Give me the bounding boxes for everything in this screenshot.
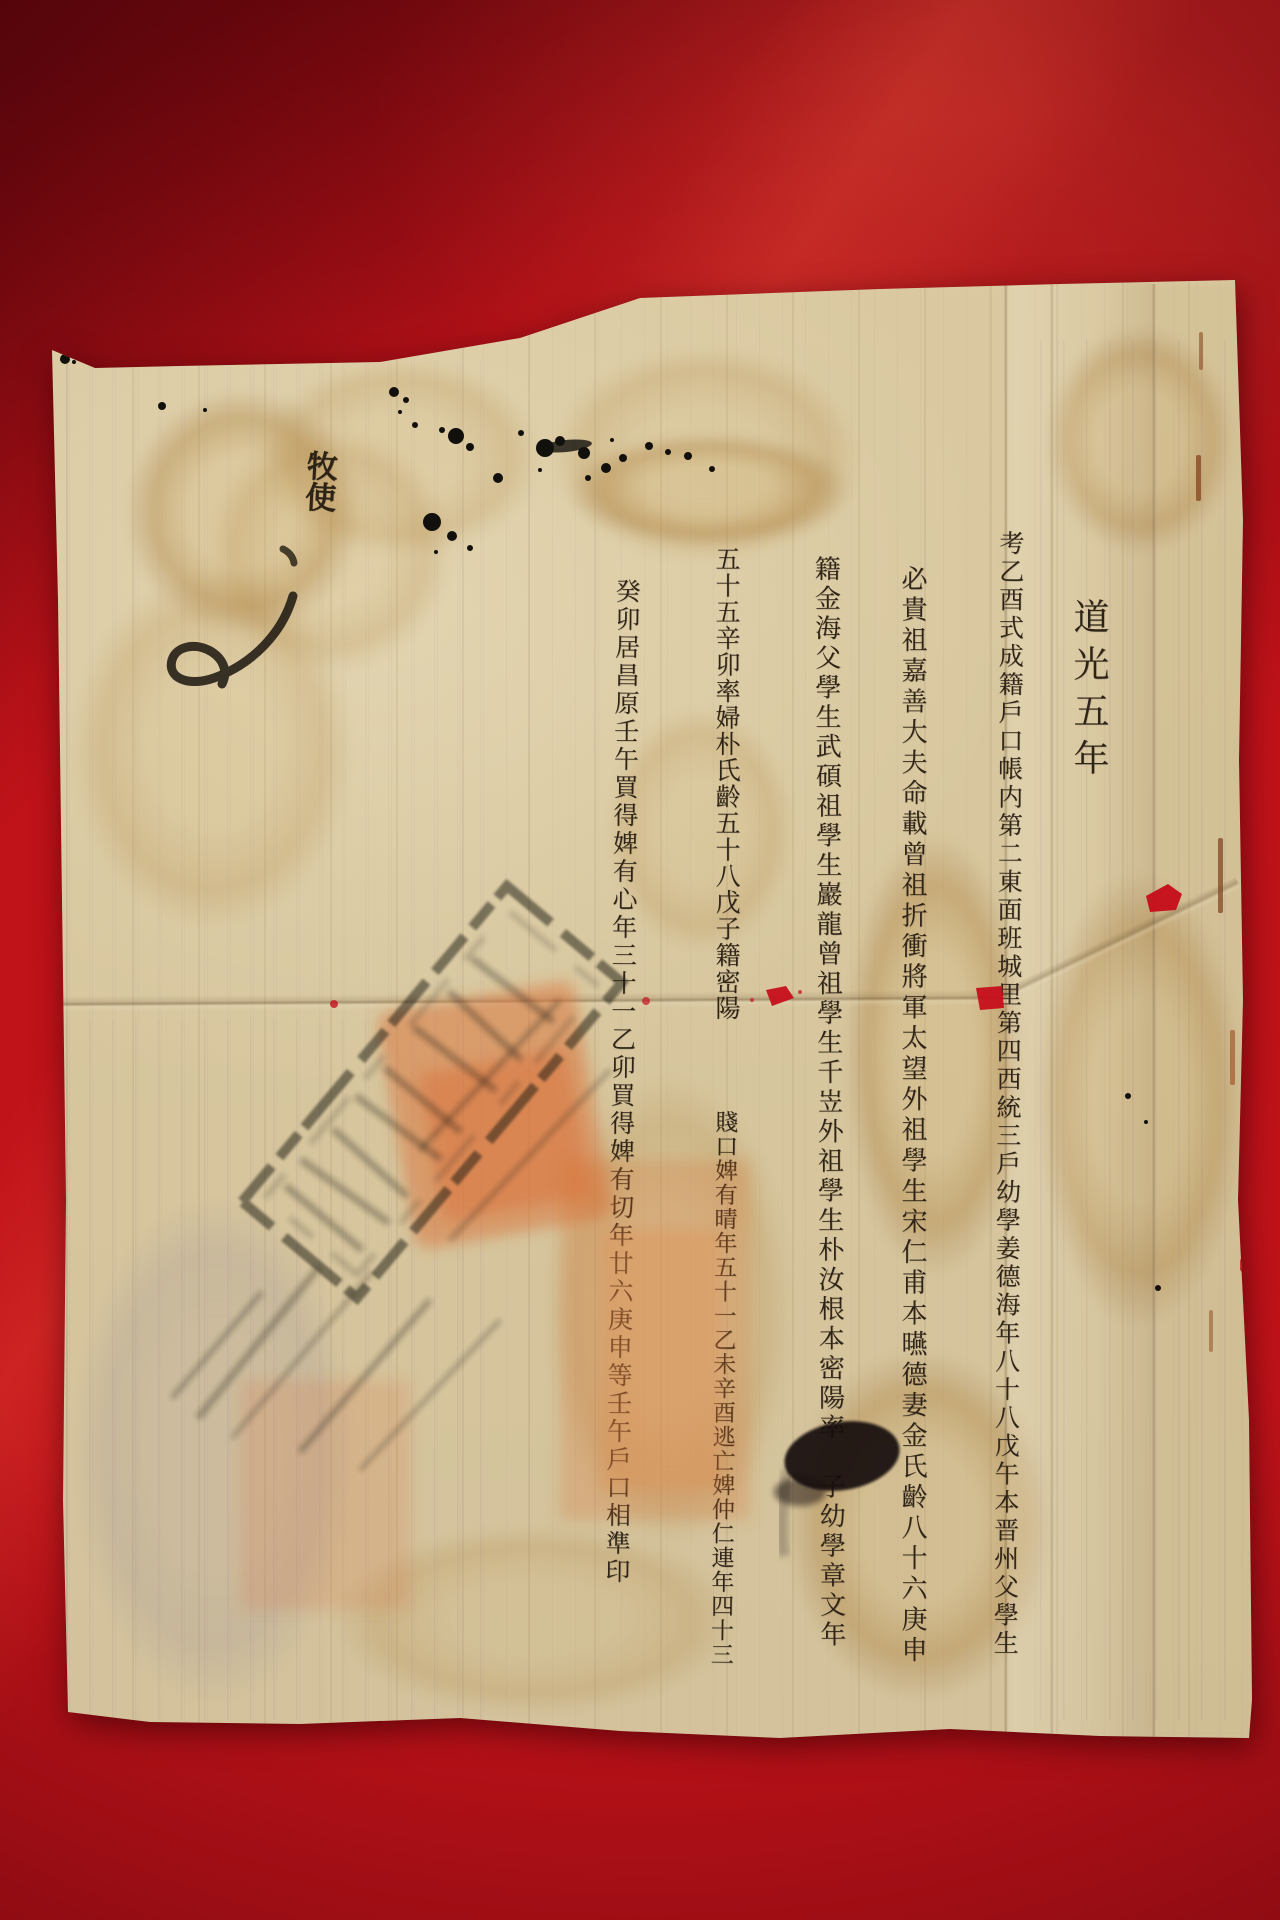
ink-splatter-icon bbox=[60, 354, 1161, 1291]
vermilion-seal-impression bbox=[240, 979, 750, 1610]
document-paper: 道光五年 考乙酉式成籍戶口帳内第二東面班城里第四西統三戶幼學姜德海年八十八戊午本… bbox=[0, 0, 1280, 1920]
ink-blot bbox=[774, 1413, 905, 1556]
signature-flourish-icon bbox=[171, 549, 294, 684]
photo-scene: 道光五年 考乙酉式成籍戶口帳内第二東面班城里第四西統三戶幼學姜德海年八十八戊午本… bbox=[0, 0, 1280, 1920]
paper-shadow-wrap: 道光五年 考乙酉式成籍戶口帳内第二東面班城里第四西統三戶幼學姜德海年八十八戊午本… bbox=[0, 0, 1280, 1920]
ink-marks-layer bbox=[0, 0, 1280, 1920]
edge-stain-marks bbox=[1196, 332, 1251, 1352]
